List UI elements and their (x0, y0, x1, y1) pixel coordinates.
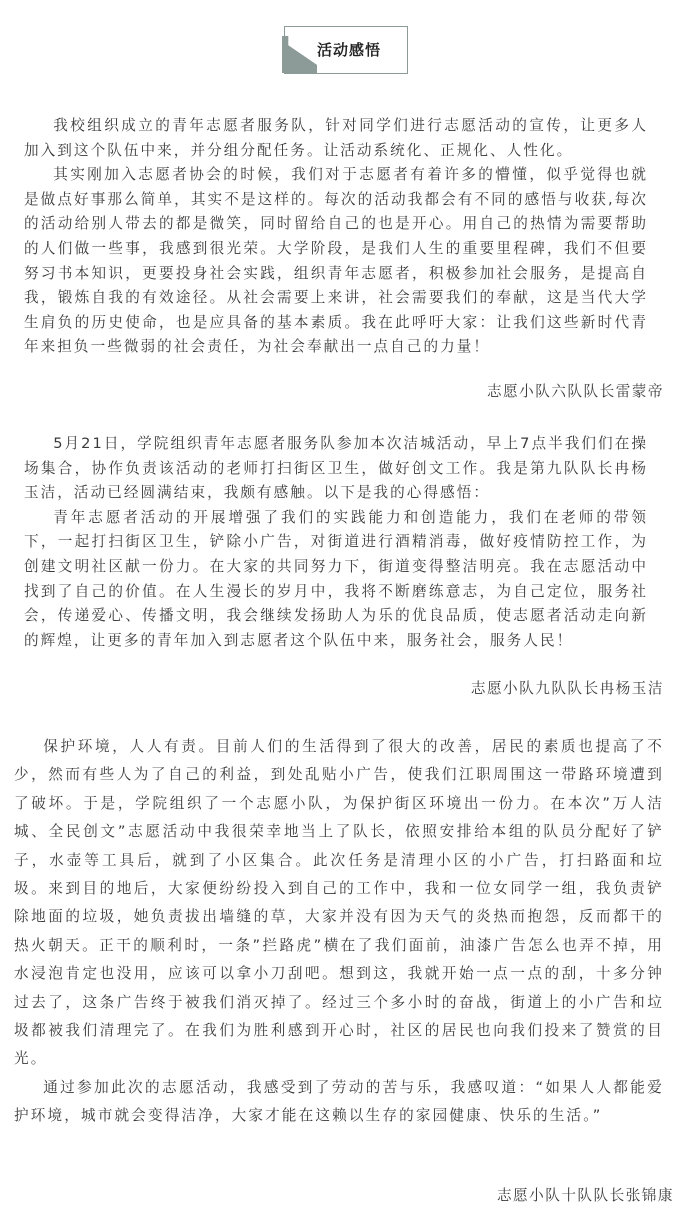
paragraph: 保护环境，人人有责。目前人们的生活得到了很大的改善，居民的素质也提高了不少，然而… (14, 733, 664, 1074)
reflection-section-3: 保护环境，人人有责。目前人们的生活得到了很大的改善，居民的素质也提高了不少，然而… (14, 733, 664, 1131)
reflection-section-2: 5月21日，学院组织青年志愿者服务队参加本次洁城活动，早上7点半我们们在操场集合… (24, 432, 648, 653)
author-signature: 志愿小队六队队长雷蒙帝 (487, 380, 664, 404)
page-title: 活动感悟 (284, 26, 408, 74)
reflection-section-1: 我校组织成立的青年志愿者服务队，针对同学们进行志愿活动的宣传，让更多人加入到这个… (24, 114, 648, 360)
paragraph: 其实刚加入志愿者协会的时候，我们对于志愿者有着许多的懵懂，似乎觉得也就是做点好事… (24, 163, 648, 360)
paragraph: 5月21日，学院组织青年志愿者服务队参加本次洁城活动，早上7点半我们们在操场集合… (24, 432, 648, 506)
section-title-badge: 活动感悟 (282, 26, 407, 74)
paragraph: 青年志愿者活动的开展增强了我们的实践能力和创造能力，我们在老师的带领下，一起打扫… (24, 506, 648, 654)
author-signature: 志愿小队九队队长冉杨玉洁 (471, 677, 664, 701)
paragraph: 我校组织成立的青年志愿者服务队，针对同学们进行志愿活动的宣传，让更多人加入到这个… (24, 114, 648, 163)
author-signature: 志愿小队十队队长张锦康 (497, 1184, 674, 1208)
paragraph: 通过参加此次的志愿活动，我感受到了劳动的苦与乐，我感叹道：“如果人人都能爱护环境… (14, 1074, 664, 1131)
